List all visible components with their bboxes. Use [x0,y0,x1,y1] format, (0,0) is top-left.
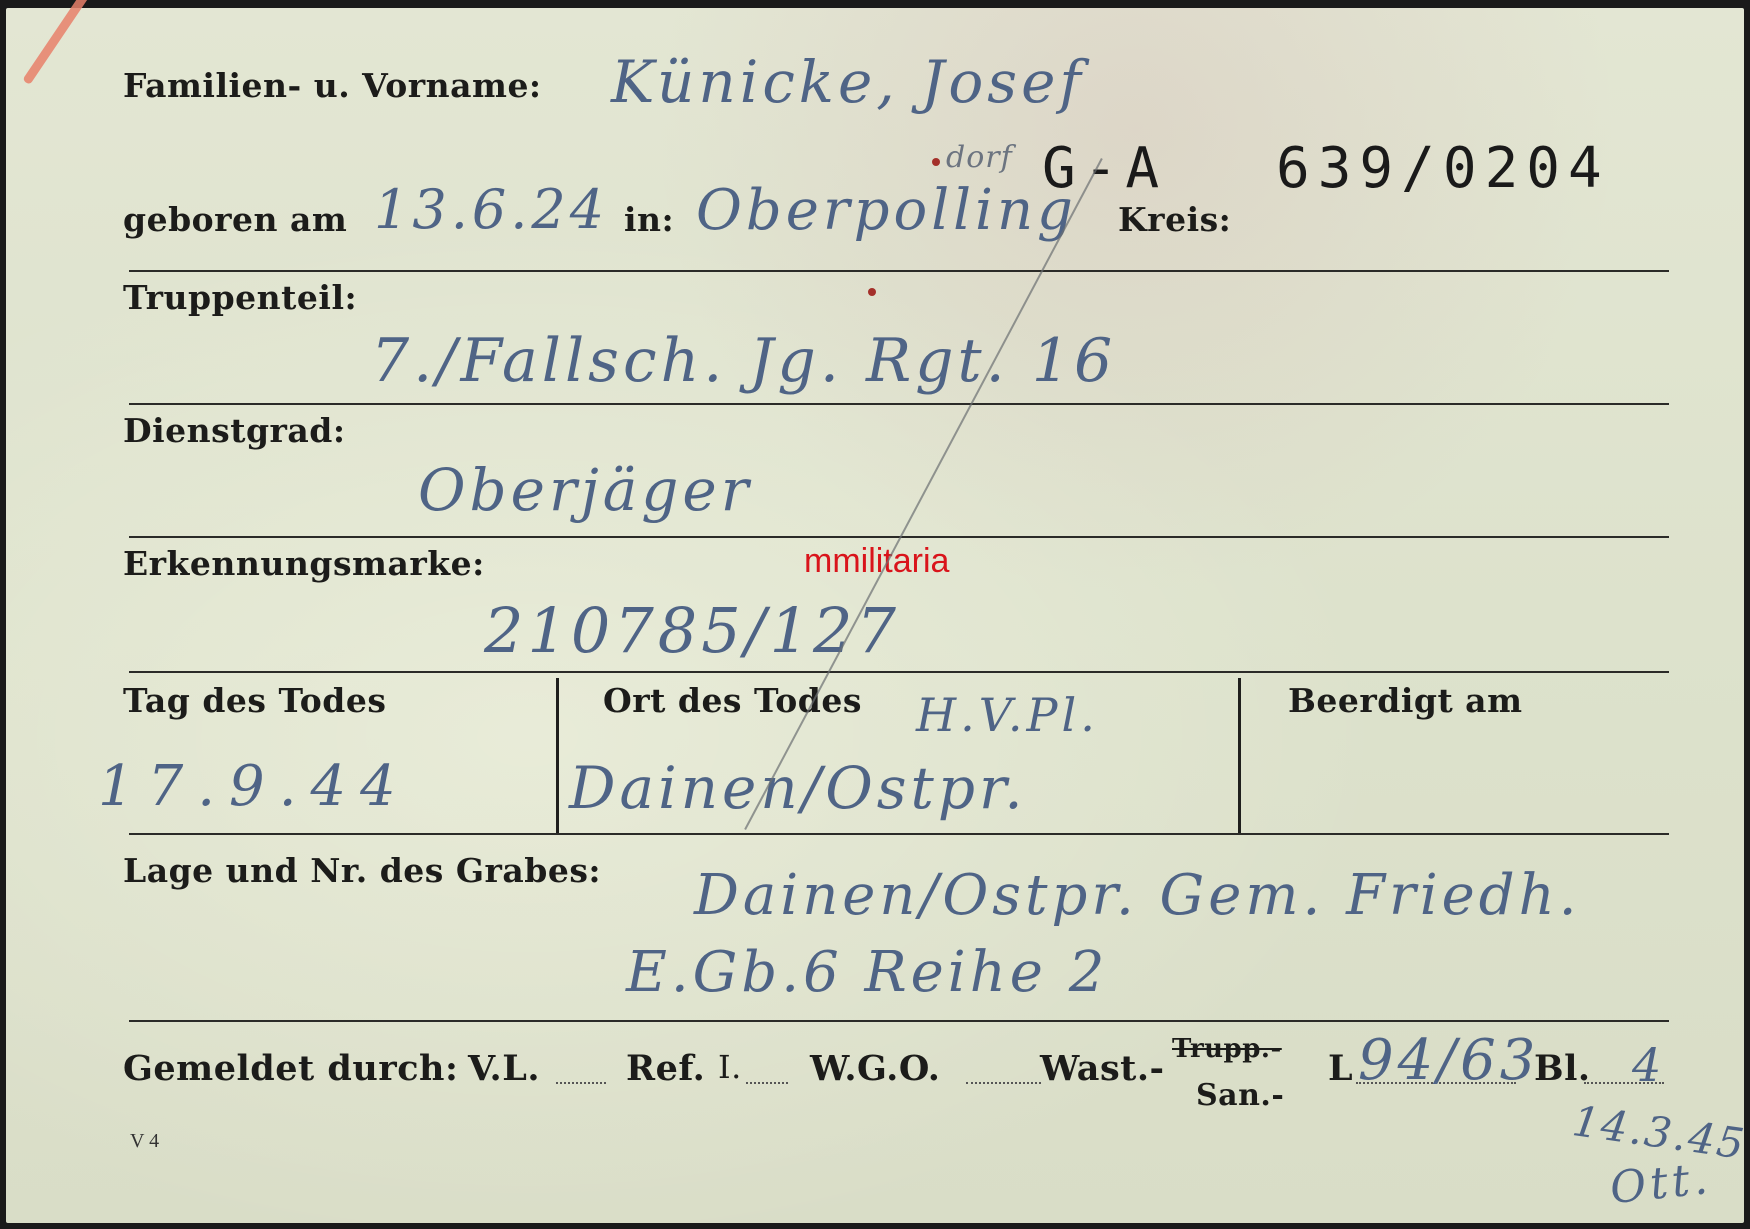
index-card: Familien- u. Vorname: Künicke, Josef dor… [6,8,1744,1223]
rule-1 [129,270,1669,272]
name-label: Familien- u. Vorname: [123,66,542,105]
grave-line-1: Dainen/Ostpr. Gem. Friedh. [694,863,1581,928]
rule-5 [129,833,1669,835]
red-dot [932,158,940,166]
name-value: Künicke, Josef [611,48,1085,116]
column-divider-1 [556,678,559,833]
buried-label: Beerdigt am [1288,681,1523,720]
ref-label: Ref. [626,1048,705,1089]
id-tag-label: Erkennungsmarke: [123,544,485,583]
birth-date-value: 13.6.24 [374,178,608,241]
birth-label: geboren am [123,200,347,239]
grave-line-2: E.Gb.6 Reihe 2 [626,940,1108,1005]
birth-place-label: in: [624,200,674,239]
rule-2 [129,403,1669,405]
unit-value: 7./Fallsch. Jg. Rgt. 16 [371,326,1116,396]
rule-6 [129,1020,1669,1022]
ref-dots [746,1082,788,1084]
death-place-label: Ort des Todes [603,681,862,720]
name-annotation: dorf [946,140,1013,175]
rank-value: Oberjäger [418,456,752,524]
l-value: 94/63 [1358,1028,1539,1093]
san-label: San.- [1196,1078,1284,1113]
death-date-value: 17.9.44 [98,754,410,819]
ref-value: I. [718,1048,742,1086]
red-pencil-mark [22,0,119,85]
rank-label: Dienstgrad: [123,411,346,450]
watermark: mmilitaria [804,542,949,581]
district-label: Kreis: [1118,200,1231,239]
wgo-label: W.G.O. [810,1048,941,1089]
birth-place-value: Oberpolling [696,178,1077,243]
bl-label: Bl. [1534,1048,1591,1089]
vl-dots [556,1082,606,1084]
death-place-annotation: H.V.Pl. [916,688,1099,742]
reported-by-label: Gemeldet durch: [123,1048,458,1089]
wgo-dots [966,1082,1041,1084]
red-dot [868,288,876,296]
death-place-value: Dainen/Ostpr. [569,754,1027,822]
bl-value: 4 [1632,1038,1665,1092]
column-divider-2 [1238,678,1241,833]
l-label: L [1328,1048,1353,1089]
trupp-label: Trupp.- [1172,1034,1282,1064]
grave-label: Lage und Nr. des Grabes: [123,851,601,890]
initials: Ott. [1608,1153,1714,1214]
wast-label: Wast.- [1040,1048,1165,1089]
vl-label: V.L. [468,1048,540,1089]
rule-4 [129,671,1669,673]
unit-label: Truppenteil: [123,278,357,317]
form-code: V 4 [130,1130,159,1153]
stamp-number: 639/0204 [1276,136,1610,201]
death-date-label: Tag des Todes [123,681,386,720]
